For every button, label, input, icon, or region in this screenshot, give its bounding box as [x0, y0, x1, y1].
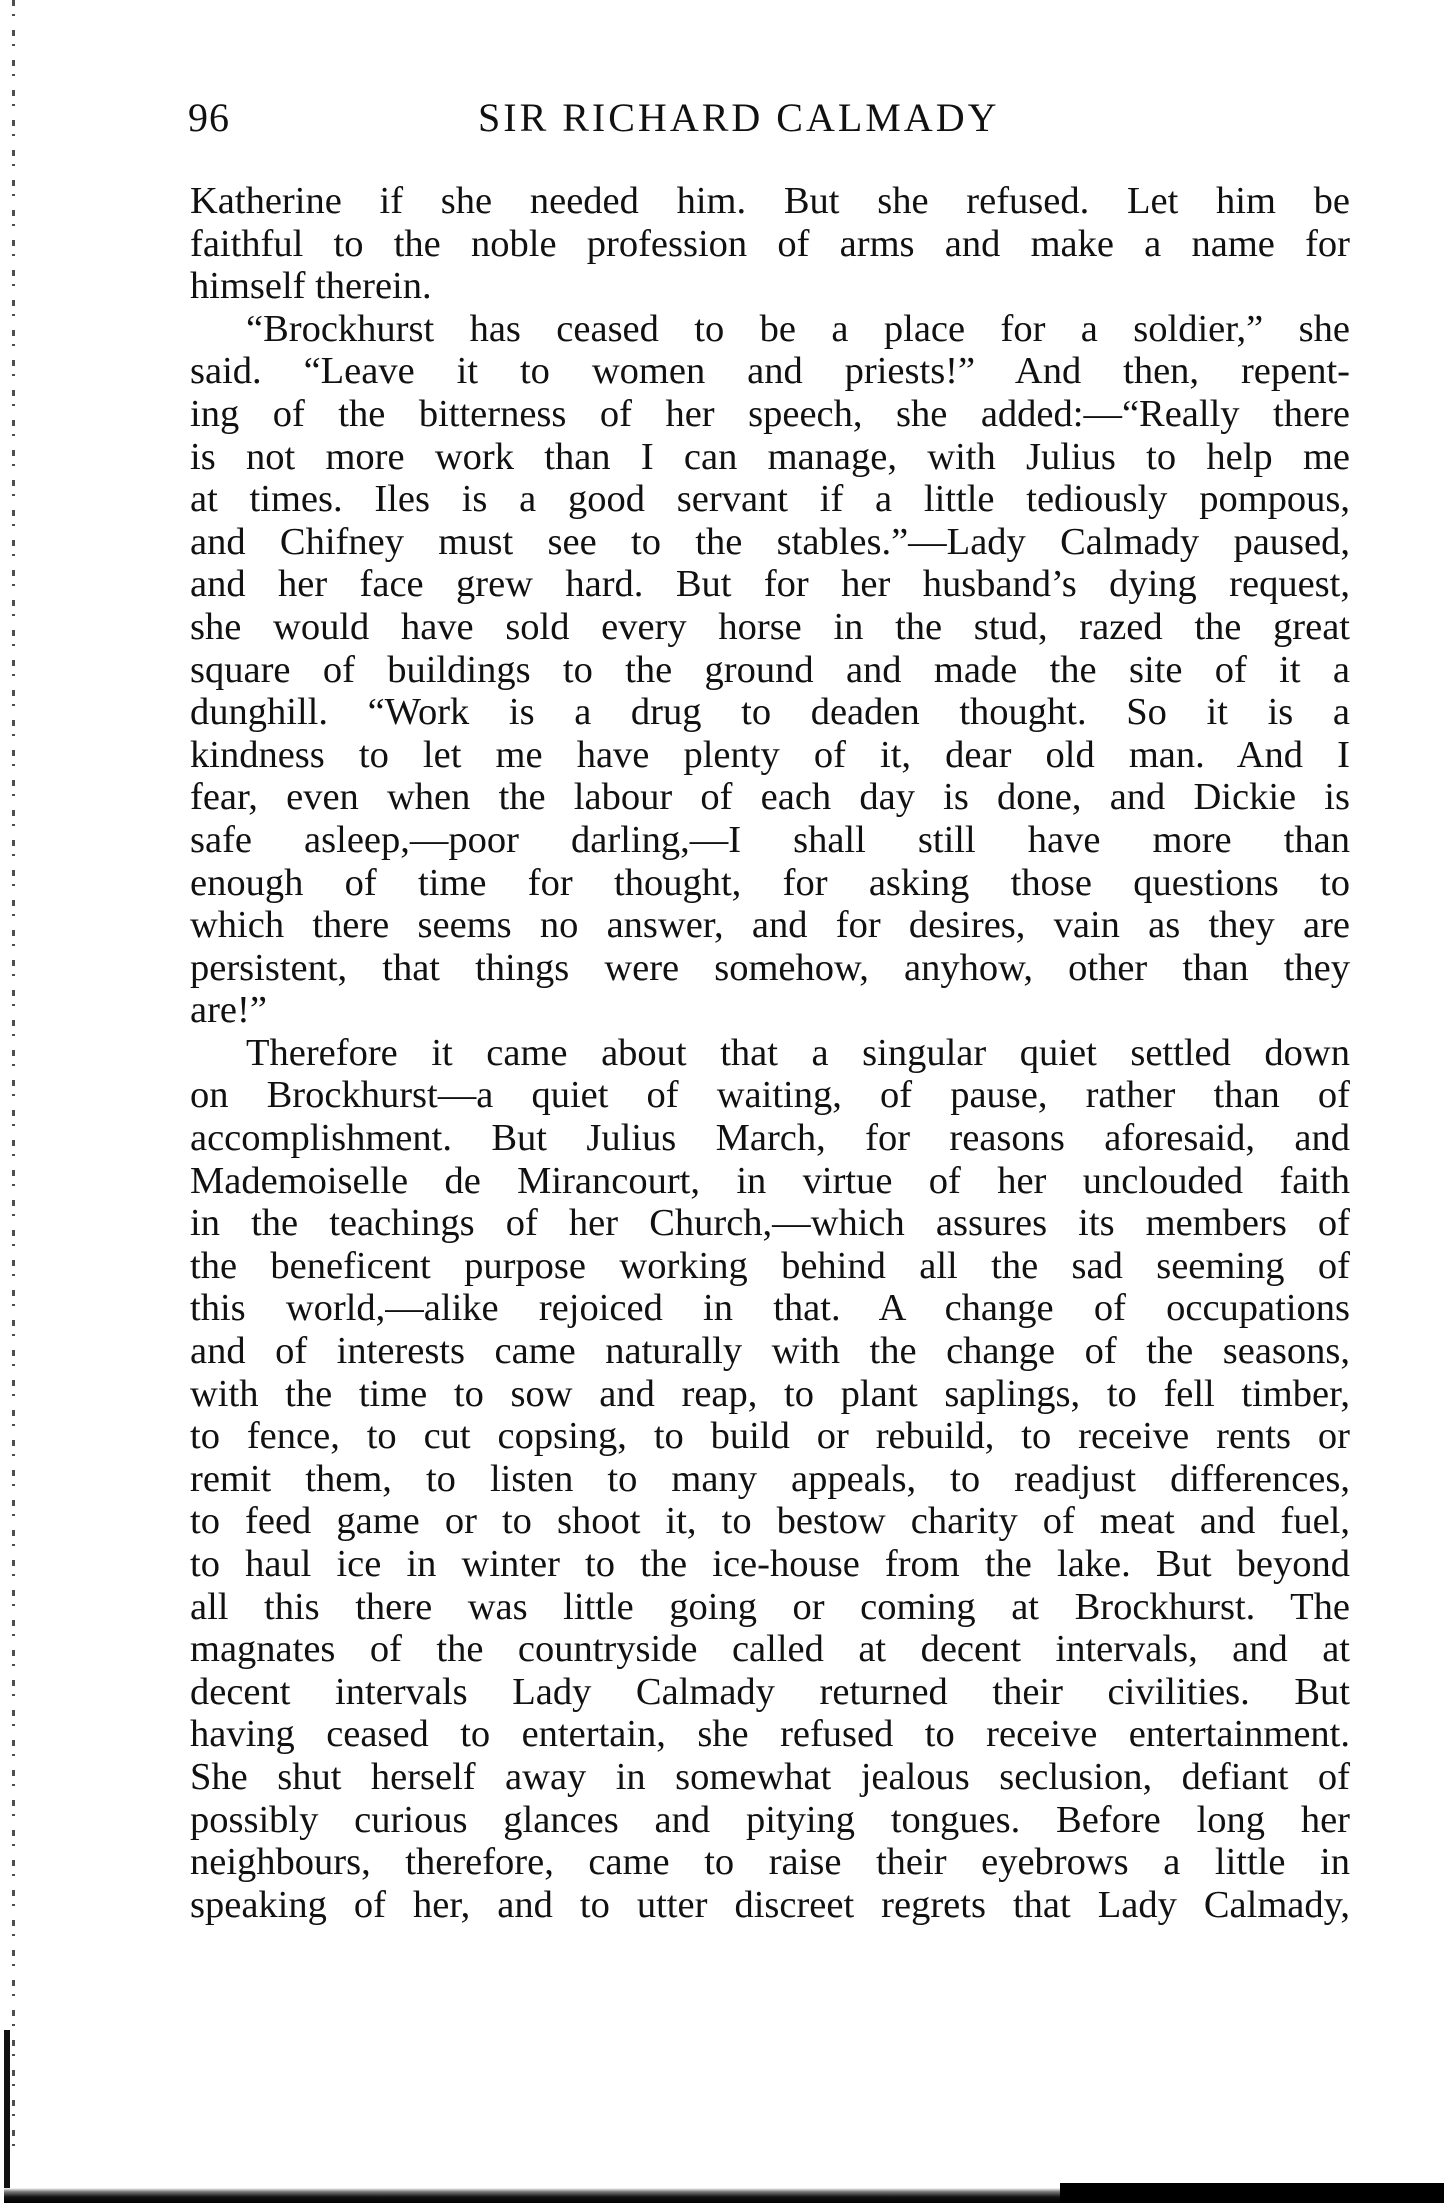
book-page: 96 SIR RICHARD CALMADY Katherine if she …	[0, 0, 1444, 2203]
text-line: speaking of her, and to utter discreet r…	[190, 1884, 1350, 1927]
text-line: to fence, to cut copsing, to build or re…	[190, 1415, 1350, 1458]
text-line: she would have sold every horse in the s…	[190, 606, 1350, 649]
text-line: in the teachings of her Church,—which as…	[190, 1202, 1350, 1245]
text-line: dunghill. “Work is a drug to deaden thou…	[190, 691, 1350, 734]
paragraph-2: “Brockhurst has ceased to be a place for…	[190, 308, 1350, 1032]
text-line: square of buildings to the ground and ma…	[190, 649, 1350, 692]
text-line: persistent, that things were somehow, an…	[190, 947, 1350, 990]
paragraph-1: Katherine if she needed him. But she ref…	[190, 180, 1350, 308]
text-line: fear, even when the labour of each day i…	[190, 776, 1350, 819]
text-line: accomplishment. But Julius March, for re…	[190, 1117, 1350, 1160]
text-line: all this there was little going or comin…	[190, 1586, 1350, 1629]
text-line: faithful to the noble profession of arms…	[190, 223, 1350, 266]
text-line: remit them, to listen to many appeals, t…	[190, 1458, 1350, 1501]
running-title: SIR RICHARD CALMADY	[478, 94, 1000, 141]
text-line: on Brockhurst—a quiet of waiting, of pau…	[190, 1074, 1350, 1117]
paragraph-3: Therefore it came about that a singular …	[190, 1032, 1350, 1926]
running-head: 96 SIR RICHARD CALMADY	[188, 94, 1388, 144]
text-line: She shut herself away in somewhat jealou…	[190, 1756, 1350, 1799]
page-bottom-edge-shadow	[1060, 2183, 1444, 2203]
text-line: to feed game or to shoot it, to bestow c…	[190, 1500, 1350, 1543]
page-binding-shadow	[4, 2030, 10, 2200]
text-line: decent intervals Lady Calmady returned t…	[190, 1671, 1350, 1714]
text-line: ing of the bitterness of her speech, she…	[190, 393, 1350, 436]
text-line: possibly curious glances and pitying ton…	[190, 1799, 1350, 1842]
text-line: this world,—alike rejoiced in that. A ch…	[190, 1287, 1350, 1330]
text-line: safe asleep,—poor darling,—I shall still…	[190, 819, 1350, 862]
page-number: 96	[188, 94, 230, 141]
text-line: the beneficent purpose working behind al…	[190, 1245, 1350, 1288]
text-line: Therefore it came about that a singular …	[190, 1032, 1350, 1075]
text-line: enough of time for thought, for asking t…	[190, 862, 1350, 905]
text-line: with the time to sow and reap, to plant …	[190, 1373, 1350, 1416]
text-line: himself therein.	[190, 265, 1350, 308]
text-line: having ceased to entertain, she refused …	[190, 1713, 1350, 1756]
body-text: Katherine if she needed him. But she ref…	[190, 180, 1350, 1926]
text-line: is not more work than I can manage, with…	[190, 436, 1350, 479]
text-line: which there seems no answer, and for des…	[190, 904, 1350, 947]
text-line: “Brockhurst has ceased to be a place for…	[190, 308, 1350, 351]
text-line: kindness to let me have plenty of it, de…	[190, 734, 1350, 777]
text-line: Katherine if she needed him. But she ref…	[190, 180, 1350, 223]
text-line: and her face grew hard. But for her husb…	[190, 563, 1350, 606]
text-line: Mademoiselle de Mirancourt, in virtue of…	[190, 1160, 1350, 1203]
text-line: to haul ice in winter to the ice-house f…	[190, 1543, 1350, 1586]
page-binding-edge	[12, 0, 15, 2160]
text-line: and of interests came naturally with the…	[190, 1330, 1350, 1373]
text-line: at times. Iles is a good servant if a li…	[190, 478, 1350, 521]
text-line: magnates of the countryside called at de…	[190, 1628, 1350, 1671]
text-line: said. “Leave it to women and priests!” A…	[190, 350, 1350, 393]
text-line: neighbours, therefore, came to raise the…	[190, 1841, 1350, 1884]
text-line: and Chifney must see to the stables.”—La…	[190, 521, 1350, 564]
text-line: are!”	[190, 989, 1350, 1032]
